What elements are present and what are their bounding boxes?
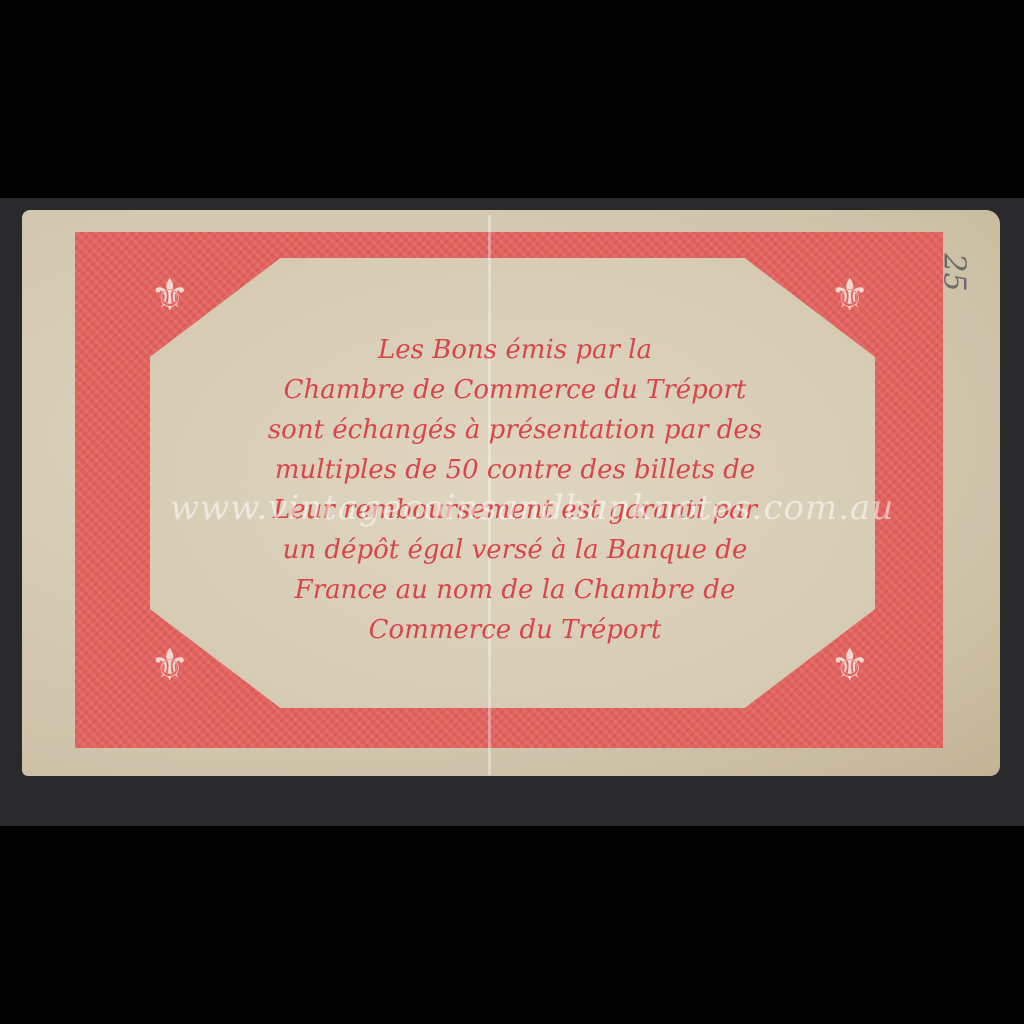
note-text-line: Commerce du Tréport bbox=[170, 610, 860, 650]
note-text-line: France au nom de la Chambre de bbox=[170, 570, 860, 610]
fleur-de-lis-icon: ⚜ bbox=[150, 270, 189, 321]
fleur-de-lis-icon: ⚜ bbox=[830, 270, 869, 321]
handwritten-mark: 25 bbox=[937, 253, 972, 291]
note-text-line: Les Bons émis par la bbox=[170, 330, 860, 370]
watermark: www.vintagecoinsandbanknotes.com.au bbox=[170, 488, 870, 528]
note-text-line: Chambre de Commerce du Tréport bbox=[170, 370, 860, 410]
note-text-line: multiples de 50 contre des billets de bbox=[170, 450, 860, 490]
note-text-line: un dépôt égal versé à la Banque de bbox=[170, 530, 860, 570]
note-text-line: sont échangés à présentation par des bbox=[170, 410, 860, 450]
